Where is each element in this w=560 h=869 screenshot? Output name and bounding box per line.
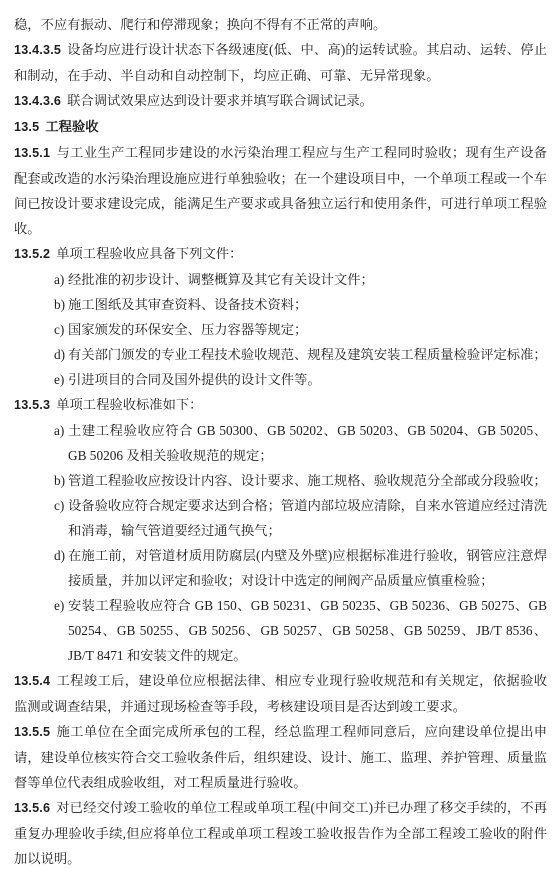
list-item-text: 施工图纸及其审查资料、设备技术资料； bbox=[68, 292, 547, 317]
clause-number: 13.5.5 bbox=[14, 725, 50, 739]
list-item-c: c)设备验收应符合规定要求达到合格；管道内部垃圾应清除，自来水管道应经过清洗和消… bbox=[14, 493, 547, 543]
list-item-text: 引进项目的合同及国外提供的设计文件等。 bbox=[68, 367, 547, 392]
clause-13-4-3-6: 13.4.3.6联合调试效果应达到设计要求并填写联合调试记录。 bbox=[14, 88, 547, 114]
list-item-a: a)经批准的初步设计、调整概算及其它有关设计文件； bbox=[14, 267, 547, 292]
clause-13-5-6: 13.5.6对已经交付竣工验收的单位工程或单项工程(中间交工)并已办理了移交手续… bbox=[14, 795, 547, 869]
list-marker: e) bbox=[54, 367, 68, 392]
paragraph-continuation: 稳，不应有振动、爬行和停滞现象；换向不得有不正常的声响。 bbox=[14, 12, 547, 37]
list-item-text: 在施工前，对管道材质用防腐层(内壁及外壁)应根据标准进行验收，钢管应注意焊接质量… bbox=[68, 543, 547, 593]
clause-13-5-2-list: a)经批准的初步设计、调整概算及其它有关设计文件； b)施工图纸及其审查资料、设… bbox=[14, 267, 547, 392]
clause-text: 单项工程验收标准如下： bbox=[56, 397, 202, 412]
clause-13-5-3: 13.5.3单项工程验收标准如下： bbox=[14, 392, 547, 418]
clause-number: 13.5.3 bbox=[14, 398, 50, 412]
clause-text: 工程竣工后，建设单位应根据法律、相应专业现行验收规范和有关规定，依据验收监测或调… bbox=[14, 673, 547, 714]
list-item-text: 国家颁发的环保安全、压力容器等规定； bbox=[68, 317, 547, 342]
clause-13-5-2: 13.5.2单项工程验收应具备下列文件： bbox=[14, 241, 547, 267]
list-item-b: b)施工图纸及其审查资料、设备技术资料； bbox=[14, 292, 547, 317]
list-item-text: 有关部门颁发的专业工程技术验收规范、规程及建筑安装工程质量检验评定标准； bbox=[68, 342, 547, 367]
list-marker: d) bbox=[54, 543, 68, 593]
list-marker: c) bbox=[54, 493, 68, 543]
clause-text: 与工业生产工程同步建设的水污染治理工程应与生产工程同时验收；现有生产设备配套或改… bbox=[14, 145, 547, 236]
clause-number: 13.5.1 bbox=[14, 146, 50, 160]
list-item-text: 土建工程验收应符合 GB 50300、GB 50202、GB 50203、GB … bbox=[68, 418, 547, 468]
list-item-text: 管道工程验收应按设计内容、设计要求、施工规格、验收规范分全部或分段验收； bbox=[68, 468, 547, 493]
clause-number: 13.5.4 bbox=[14, 674, 50, 688]
clause-text: 单项工程验收应具备下列文件： bbox=[56, 246, 242, 261]
paragraph-text: 稳，不应有振动、爬行和停滞现象；换向不得有不正常的声响。 bbox=[14, 17, 386, 32]
section-heading-13-5: 13.5工程验收 bbox=[14, 114, 547, 140]
clause-text: 施工单位在全面完成所承包的工程，经总监理工程师同意后，应向建设单位提出申请，建设… bbox=[14, 724, 547, 790]
list-marker: d) bbox=[54, 342, 68, 367]
section-number: 13.5 bbox=[14, 120, 39, 134]
list-item-a: a)土建工程验收应符合 GB 50300、GB 50202、GB 50203、G… bbox=[14, 418, 547, 468]
list-marker: a) bbox=[54, 418, 68, 468]
clause-number: 13.5.6 bbox=[14, 801, 50, 815]
document-page: 稳，不应有振动、爬行和停滞现象；换向不得有不正常的声响。 13.4.3.5设备均… bbox=[0, 0, 560, 869]
list-item-c: c)国家颁发的环保安全、压力容器等规定； bbox=[14, 317, 547, 342]
clause-13-5-5: 13.5.5施工单位在全面完成所承包的工程，经总监理工程师同意后，应向建设单位提… bbox=[14, 719, 547, 795]
clause-text: 设备均应进行设计状态下各级速度(低、中、高)的运转试验。其启动、运转、停止和制动… bbox=[14, 42, 547, 83]
clause-number: 13.5.2 bbox=[14, 247, 50, 261]
list-marker: c) bbox=[54, 317, 68, 342]
clause-13-5-4: 13.5.4工程竣工后，建设单位应根据法律、相应专业现行验收规范和有关规定，依据… bbox=[14, 668, 547, 719]
list-item-text: 经批准的初步设计、调整概算及其它有关设计文件； bbox=[68, 267, 547, 292]
list-item-e: e)安装工程验收应符合 GB 150、GB 50231、GB 50235、GB … bbox=[14, 593, 547, 668]
clause-text: 对已经交付竣工验收的单位工程或单项工程(中间交工)并已办理了移交手续的，不再重复… bbox=[14, 800, 547, 866]
list-marker: a) bbox=[54, 267, 68, 292]
list-item-text: 设备验收应符合规定要求达到合格；管道内部垃圾应清除，自来水管道应经过清洗和消毒，… bbox=[68, 493, 547, 543]
clause-number: 13.4.3.5 bbox=[14, 43, 61, 57]
list-item-text: 安装工程验收应符合 GB 150、GB 50231、GB 50235、GB 50… bbox=[68, 593, 547, 668]
list-item-d: d)有关部门颁发的专业工程技术验收规范、规程及建筑安装工程质量检验评定标准； bbox=[14, 342, 547, 367]
clause-number: 13.4.3.6 bbox=[14, 94, 61, 108]
list-item-b: b)管道工程验收应按设计内容、设计要求、施工规格、验收规范分全部或分段验收； bbox=[14, 468, 547, 493]
clause-13-5-1: 13.5.1与工业生产工程同步建设的水污染治理工程应与生产工程同时验收；现有生产… bbox=[14, 140, 547, 241]
list-item-e: e)引进项目的合同及国外提供的设计文件等。 bbox=[14, 367, 547, 392]
clause-13-5-3-list: a)土建工程验收应符合 GB 50300、GB 50202、GB 50203、G… bbox=[14, 418, 547, 668]
list-marker: b) bbox=[54, 468, 68, 493]
list-item-d: d)在施工前，对管道材质用防腐层(内壁及外壁)应根据标准进行验收，钢管应注意焊接… bbox=[14, 543, 547, 593]
clause-13-4-3-5: 13.4.3.5设备均应进行设计状态下各级速度(低、中、高)的运转试验。其启动、… bbox=[14, 37, 547, 88]
list-marker: b) bbox=[54, 292, 68, 317]
section-title: 工程验收 bbox=[45, 119, 98, 134]
list-marker: e) bbox=[54, 593, 68, 668]
clause-text: 联合调试效果应达到设计要求并填写联合调试记录。 bbox=[67, 93, 373, 108]
